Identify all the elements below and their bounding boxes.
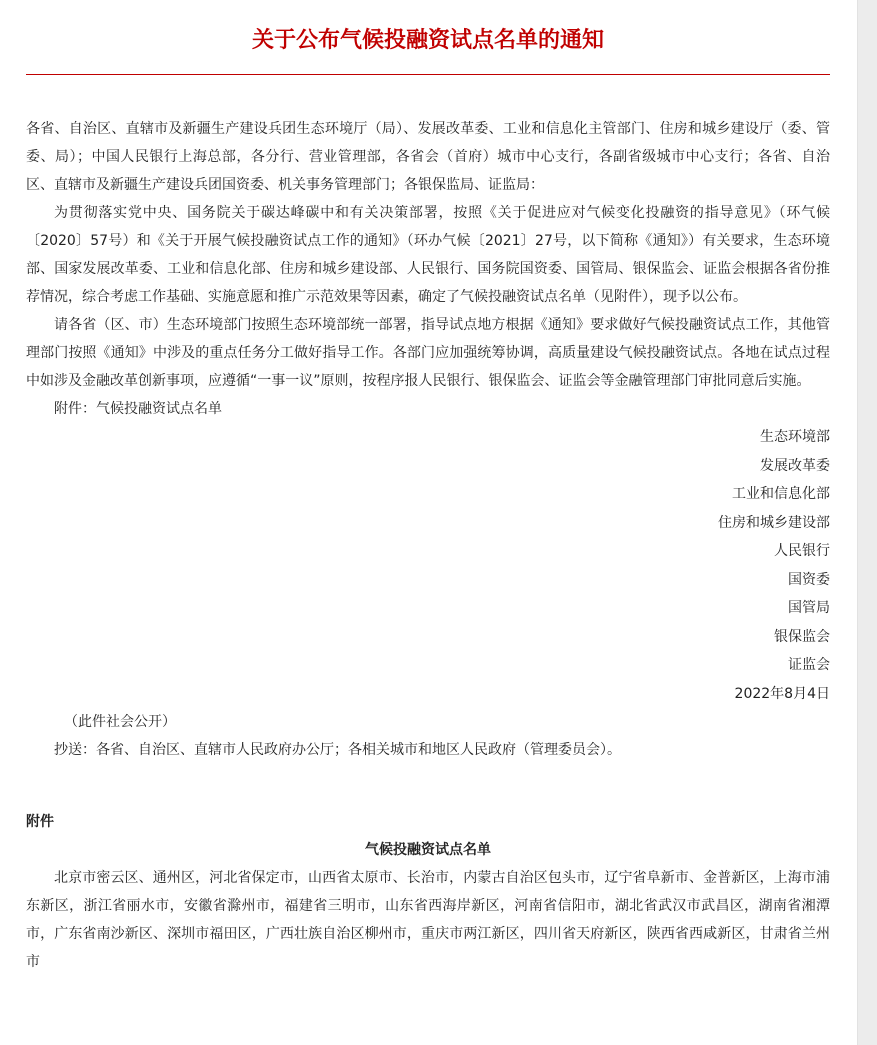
signer: 国管局	[26, 594, 830, 623]
signer: 生态环境部	[26, 423, 830, 452]
issue-date: 2022年8月4日	[26, 680, 830, 709]
attachment-reference: 附件：气候投融资试点名单	[26, 395, 830, 423]
disclosure-note: （此件社会公开）	[26, 708, 830, 736]
title-divider	[26, 74, 830, 75]
paragraph-1: 为贯彻落实党中央、国务院关于碳达峰碳中和有关决策部署，按照《关于促进应对气候变化…	[26, 199, 830, 311]
signer: 国资委	[26, 566, 830, 595]
signer: 人民银行	[26, 537, 830, 566]
annex-label: 附件	[26, 808, 830, 836]
signer: 住房和城乡建设部	[26, 509, 830, 538]
document-title: 关于公布气候投融资试点名单的通知	[26, 0, 830, 60]
annex-pilot-list: 北京市密云区、通州区，河北省保定市，山西省太原市、长治市，内蒙古自治区包头市，辽…	[26, 864, 830, 976]
signer: 银保监会	[26, 623, 830, 652]
signer: 证监会	[26, 651, 830, 680]
document-body: 各省、自治区、直辖市及新疆生产建设兵团生态环境厅（局）、发展改革委、工业和信息化…	[26, 115, 830, 976]
signer: 发展改革委	[26, 452, 830, 481]
signatories: 生态环境部 发展改革委 工业和信息化部 住房和城乡建设部 人民银行 国资委 国管…	[26, 423, 830, 708]
annex-title: 气候投融资试点名单	[26, 836, 830, 864]
document-page: 关于公布气候投融资试点名单的通知 各省、自治区、直辖市及新疆生产建设兵团生态环境…	[26, 0, 830, 976]
paragraph-2: 请各省（区、市）生态环境部门按照生态环境部统一部署，指导试点地方根据《通知》要求…	[26, 311, 830, 395]
vertical-scrollbar[interactable]	[857, 0, 877, 1045]
signer: 工业和信息化部	[26, 480, 830, 509]
cc-line: 抄送：各省、自治区、直辖市人民政府办公厅；各相关城市和地区人民政府（管理委员会）…	[26, 736, 830, 764]
salutation: 各省、自治区、直辖市及新疆生产建设兵团生态环境厅（局）、发展改革委、工业和信息化…	[26, 115, 830, 199]
